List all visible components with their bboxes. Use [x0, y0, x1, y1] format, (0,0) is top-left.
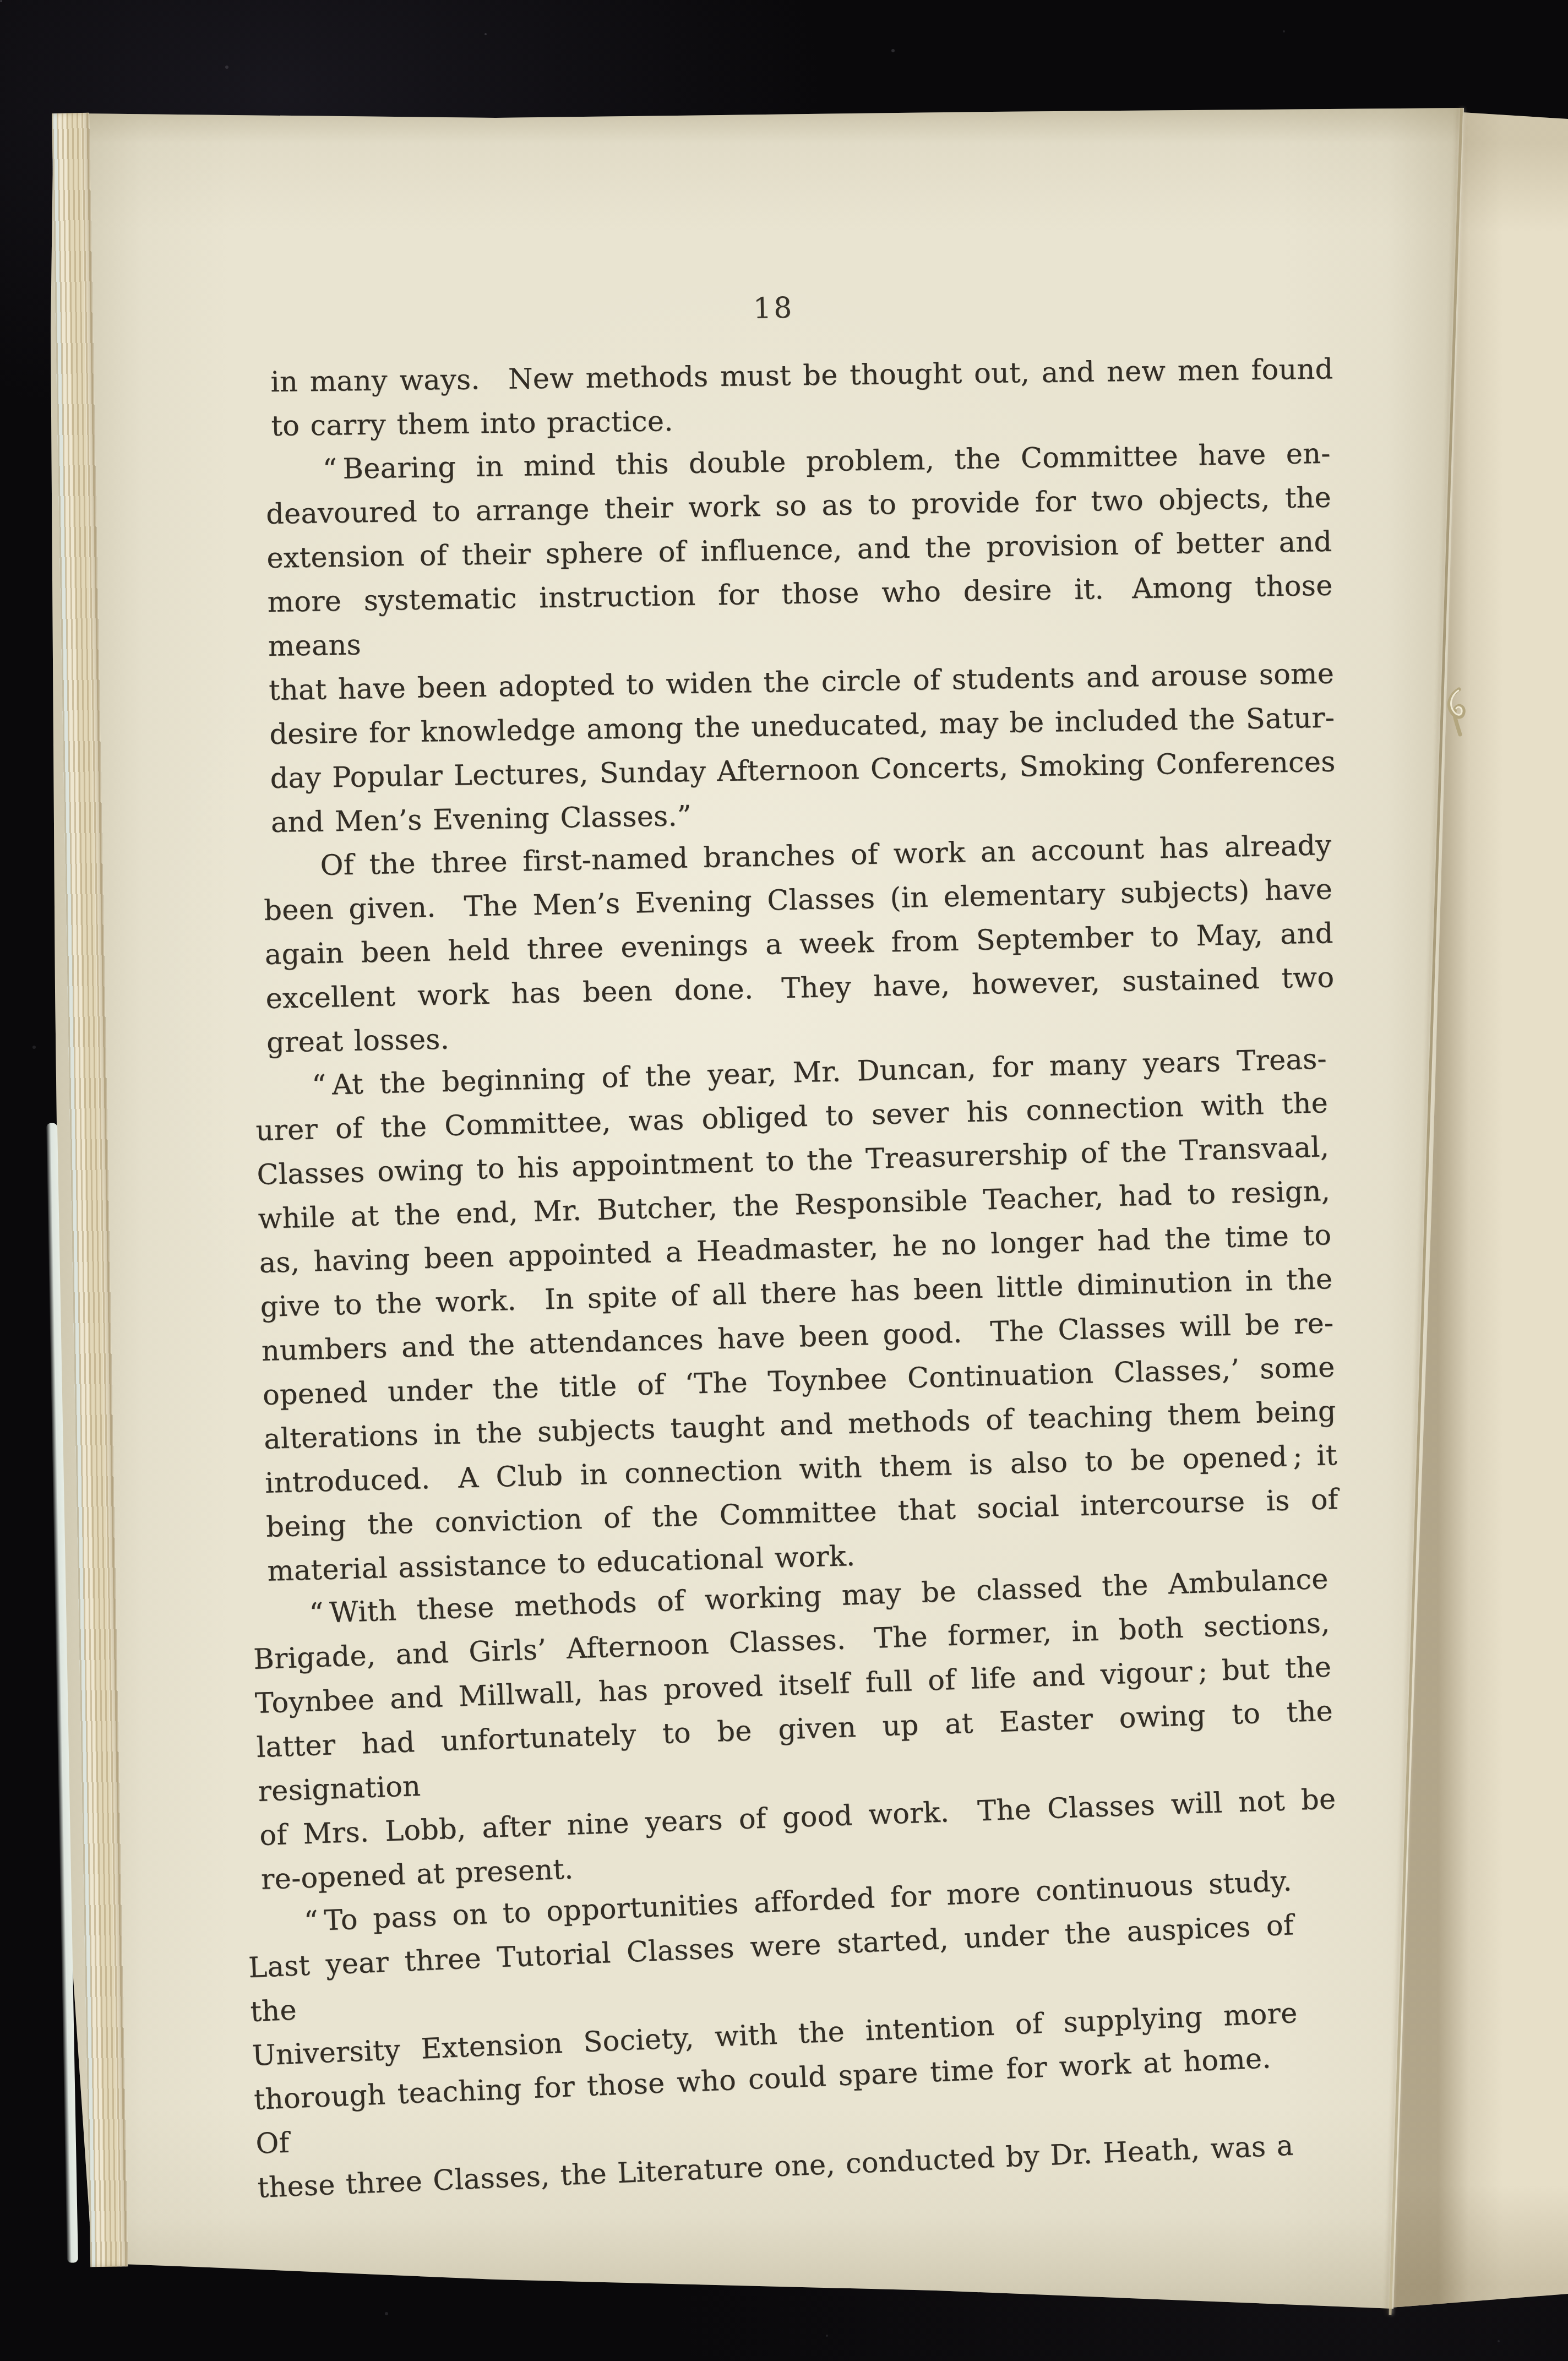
text-line: more systematic instruction for those wh… [267, 564, 1333, 669]
paragraph: in many ways. New methods must be though… [270, 347, 1334, 449]
paragraph: “ With these methods of working may be c… [251, 1558, 1338, 1902]
paragraph: Of the three first-named branches of wor… [263, 824, 1336, 1065]
paper-tear-mark [1440, 687, 1479, 742]
book-page: 18 in many ways. New methods must be tho… [0, 0, 1568, 2361]
page-number: 18 [753, 291, 794, 325]
dust-specks [0, 0, 2, 2]
book-photo-backdrop: 18 in many ways. New methods must be tho… [0, 0, 1568, 2361]
paragraph: “ Bearing in mind this double problem, t… [265, 432, 1336, 845]
page-text-block: in many ways. New methods must be though… [271, 361, 1333, 2211]
paragraph: “ To pass on to opportunities afforded f… [246, 1859, 1304, 2210]
paragraph: “ At the beginning of the year, Mr. Dunc… [254, 1037, 1340, 1594]
